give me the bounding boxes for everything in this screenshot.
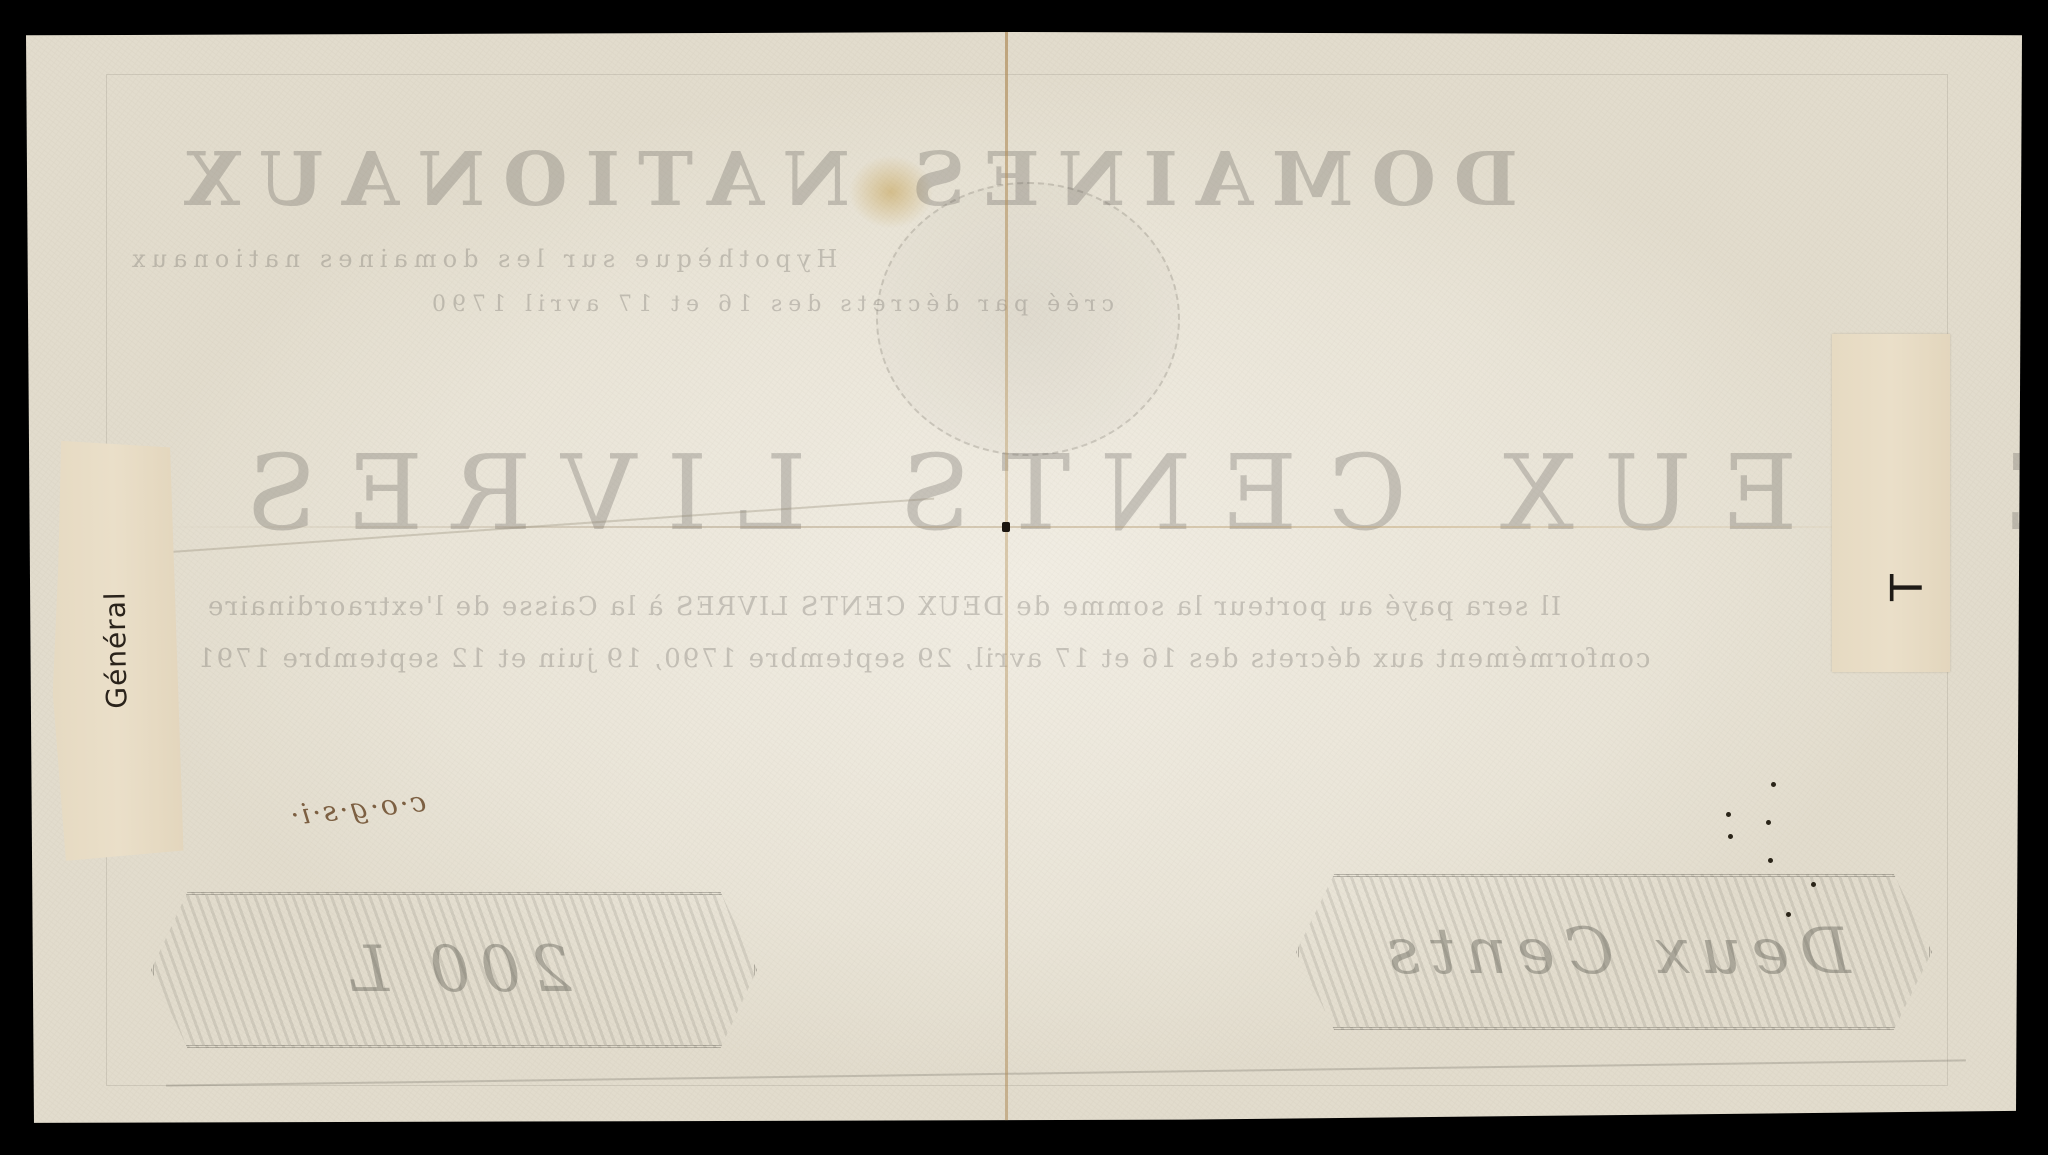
fold-tear xyxy=(1002,522,1010,532)
ghost-body-line-2: conformément aux décrets des 16 et 17 av… xyxy=(196,644,1650,674)
ghost-subtitle-1: Hypothèque sur les domaines nationaux xyxy=(126,245,837,273)
banknote: DOMAINES NATIONAUX Hypothèque sur les do… xyxy=(26,32,2022,1124)
ghost-assignat: ASSIGNAT DE DEUX CENTS LIVRES xyxy=(216,432,2048,554)
tape-label-general: Général xyxy=(98,591,133,709)
tape-mark-t: T xyxy=(1882,574,1933,601)
ghost-title: DOMAINES NATIONAUX xyxy=(166,137,1518,223)
ghost-body-line-1: Il sera payé au porteur la somme de DEUX… xyxy=(206,592,1561,622)
horizontal-fold xyxy=(156,526,1916,528)
vertical-fold xyxy=(1005,32,1008,1124)
seal-icon xyxy=(876,182,1180,456)
cartouche-left: 200 L xyxy=(151,892,757,1048)
cartouche-left-text: 200 L xyxy=(154,895,754,1045)
hinge-tape-left: Général xyxy=(48,439,183,861)
ink-dots xyxy=(1726,772,1846,932)
hinge-tape-right: T xyxy=(1832,334,1950,672)
